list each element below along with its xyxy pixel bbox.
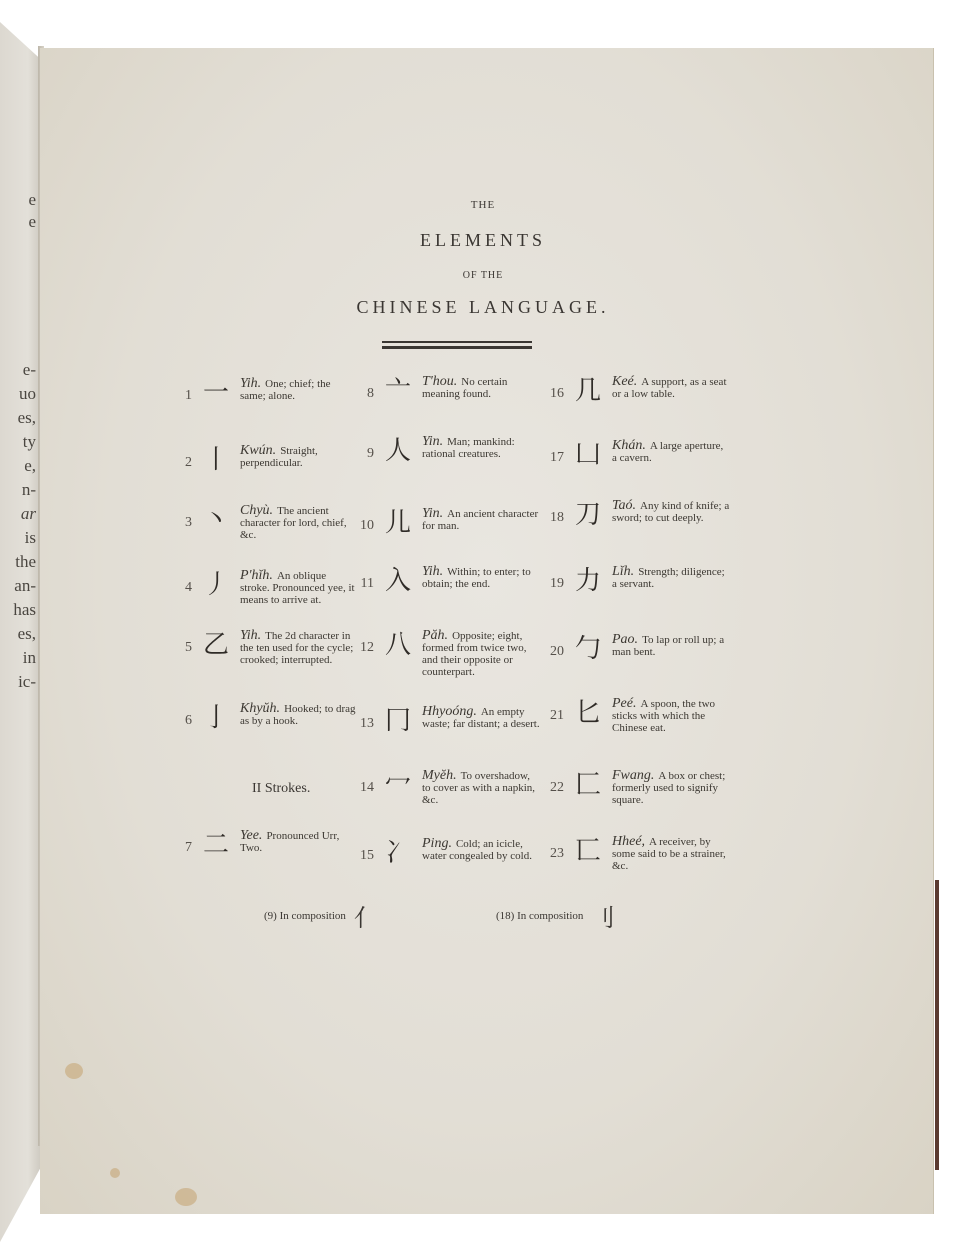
entry-number: 15: [348, 848, 374, 864]
entry-pronunciation: Taó.: [612, 498, 636, 513]
entry-number: 5: [166, 640, 192, 656]
radical-entry-8: 8 亠 T'hou.No certain meaning found.: [348, 376, 540, 406]
radical-glyph: 入: [380, 566, 416, 596]
book-cover-edge: [935, 880, 939, 1170]
entry-pronunciation: Yih.: [422, 564, 443, 579]
entry-number: 6: [166, 713, 192, 729]
title-of-the: OF THE: [0, 270, 966, 281]
left-page-text: n-: [22, 480, 36, 500]
radical-glyph: 丨: [198, 445, 234, 475]
entry-number: 12: [348, 640, 374, 656]
entry-pronunciation: Lĭh.: [612, 564, 634, 579]
entry-number: 17: [538, 450, 564, 466]
entry-number: 4: [166, 580, 192, 596]
radical-entry-21: 21 匕 Peé.A spoon, the two sticks with wh…: [538, 698, 730, 734]
entry-pronunciation: Ping.: [422, 836, 452, 851]
left-page-text: an-: [14, 576, 36, 596]
entry-pronunciation: Khán.: [612, 438, 646, 453]
composition-glyph: 刂: [591, 898, 615, 933]
composition-note-9: (9) In composition 亻: [264, 898, 378, 933]
entry-number: 3: [166, 515, 192, 531]
radical-entry-23: 23 匸 Hheé,A receiver, by some said to be…: [538, 836, 730, 872]
left-page-text: es,: [18, 408, 36, 428]
radical-entry-6: 6 亅 Khyŭh.Hooked; to drag as by a hook.: [166, 703, 358, 733]
radical-glyph: 力: [570, 566, 606, 596]
entry-number: 1: [166, 388, 192, 404]
radical-glyph: 匕: [570, 698, 606, 728]
entry-number: 21: [538, 708, 564, 724]
entry-number: 13: [348, 716, 374, 732]
title-chinese-language: CHINESE LANGUAGE.: [0, 297, 966, 318]
left-page-text: is: [25, 528, 36, 548]
radical-entry-22: 22 匚 Fwang.A box or chest; formerly used…: [538, 770, 730, 806]
entry-pronunciation: Yee.: [240, 828, 262, 843]
entry-number: 10: [348, 518, 374, 534]
radical-entry-20: 20 勹 Pao.To lap or roll up; a man bent.: [538, 634, 730, 664]
entry-pronunciation: Păh.: [422, 628, 448, 643]
entry-pronunciation: Keé.: [612, 374, 637, 389]
radical-entry-5: 5 乙 Yih.The 2d character in the ten used…: [166, 630, 358, 666]
radical-glyph: 冖: [380, 770, 416, 800]
composition-label: (18) In composition: [496, 910, 583, 922]
entry-number: 22: [538, 780, 564, 796]
composition-glyph: 亻: [354, 898, 378, 933]
entry-number: 20: [538, 644, 564, 660]
radical-glyph: 匸: [570, 836, 606, 866]
entry-number: 23: [538, 846, 564, 862]
radical-entry-4: 4 丿 P'hĭh.An oblique stroke. Pronounced …: [166, 570, 358, 606]
radical-glyph: 凵: [570, 440, 606, 470]
entry-number: 2: [166, 455, 192, 471]
radical-glyph: 儿: [380, 508, 416, 538]
radical-entry-12: 12 八 Păh.Opposite; eight, formed from tw…: [348, 630, 540, 678]
entry-pronunciation: Hhyoóng.: [422, 704, 477, 719]
entry-pronunciation: T'hou.: [422, 374, 457, 389]
entry-number: 8: [348, 386, 374, 402]
radical-glyph: 匚: [570, 770, 606, 800]
radical-glyph: 冫: [380, 838, 416, 868]
entry-number: 14: [348, 780, 374, 796]
left-page-text: es,: [18, 624, 36, 644]
entry-number: 11: [348, 576, 374, 592]
radical-entry-9: 9 人 Yin.Man; mankind: rational creatures…: [348, 436, 540, 466]
entry-number: 9: [348, 446, 374, 462]
radical-entry-18: 18 刀 Taó.Any kind of knife; a sword; to …: [538, 500, 730, 530]
radical-entry-2: 2 丨 Kwún.Straight, perpendicular.: [166, 445, 358, 475]
entry-number: 19: [538, 576, 564, 592]
radical-glyph: 亠: [380, 376, 416, 406]
entry-number: 16: [538, 386, 564, 402]
radical-glyph: 丶: [198, 505, 234, 535]
entry-pronunciation: Myĕh.: [422, 768, 457, 783]
radical-entry-1: 1 一 Yih.One; chief; the same; alone.: [166, 378, 358, 408]
entry-pronunciation: Yih.: [240, 376, 261, 391]
radical-glyph: 丿: [198, 570, 234, 600]
composition-label: (9) In composition: [264, 910, 346, 922]
left-page-text: ic-: [18, 672, 36, 692]
radical-glyph: 乙: [198, 630, 234, 660]
radical-glyph: 一: [198, 378, 234, 408]
left-page-text: the: [15, 552, 36, 572]
entry-pronunciation: Khyŭh.: [240, 701, 280, 716]
left-page-text: ty: [23, 432, 36, 452]
radical-glyph: 二: [198, 830, 234, 860]
radical-entry-15: 15 冫 Ping.Cold; an icicle, water congeal…: [348, 838, 540, 868]
radical-entry-7: 7 二 Yee.Pronounced Urr, Two.: [166, 830, 358, 860]
radical-entry-10: 10 儿 Yin.An ancient character for man.: [348, 508, 540, 538]
radical-entry-14: 14 冖 Myĕh.To overshadow, to cover as wit…: [348, 770, 540, 806]
section-two-strokes: II Strokes.: [252, 781, 310, 797]
entry-pronunciation: Yin.: [422, 506, 443, 521]
left-page-text: e-: [23, 360, 36, 380]
title-the: THE: [0, 199, 966, 211]
foxing-spot: [110, 1168, 120, 1178]
entry-pronunciation: Peé.: [612, 696, 636, 711]
entry-pronunciation: Fwang.: [612, 768, 654, 783]
radical-glyph: 几: [570, 376, 606, 406]
title-elements: ELEMENTS: [0, 230, 966, 251]
foxing-spot: [175, 1188, 197, 1206]
radical-glyph: 人: [380, 436, 416, 466]
title-double-rule: [382, 341, 532, 349]
radical-entry-17: 17 凵 Khán.A large aperture, a cavern.: [538, 440, 730, 470]
radical-entry-16: 16 几 Keé.A support, as a seat or a low t…: [538, 376, 730, 406]
entry-pronunciation: Pao.: [612, 632, 638, 647]
radical-glyph: 勹: [570, 634, 606, 664]
radical-glyph: 八: [380, 630, 416, 660]
radical-glyph: 冂: [380, 706, 416, 736]
radical-glyph: 亅: [198, 703, 234, 733]
left-page-text: in: [23, 648, 36, 668]
radical-entry-13: 13 冂 Hhyoóng.An empty waste; far distant…: [348, 706, 540, 736]
radical-glyph: 刀: [570, 500, 606, 530]
left-page-text: ar: [21, 504, 36, 524]
radical-entry-3: 3 丶 Chyù.The ancient character for lord,…: [166, 505, 358, 541]
foxing-spot: [65, 1063, 83, 1079]
entry-pronunciation: Kwún.: [240, 443, 276, 458]
left-page-text: has: [13, 600, 36, 620]
radical-entry-11: 11 入 Yih.Within; to enter; to obtain; th…: [348, 566, 540, 596]
left-page-text: uo: [19, 384, 36, 404]
entry-pronunciation: Chyù.: [240, 503, 273, 518]
entry-pronunciation: Yih.: [240, 628, 261, 643]
left-page-text: e,: [24, 456, 36, 476]
radical-entry-19: 19 力 Lĭh.Strength; diligence; a servant.: [538, 566, 730, 596]
entry-pronunciation: Yin.: [422, 434, 443, 449]
left-page-text: e: [28, 212, 36, 232]
entry-number: 7: [166, 840, 192, 856]
entry-pronunciation: Hheé,: [612, 834, 645, 849]
entry-pronunciation: P'hĭh.: [240, 568, 273, 583]
composition-note-18: (18) In composition 刂: [496, 898, 615, 933]
entry-number: 18: [538, 510, 564, 526]
